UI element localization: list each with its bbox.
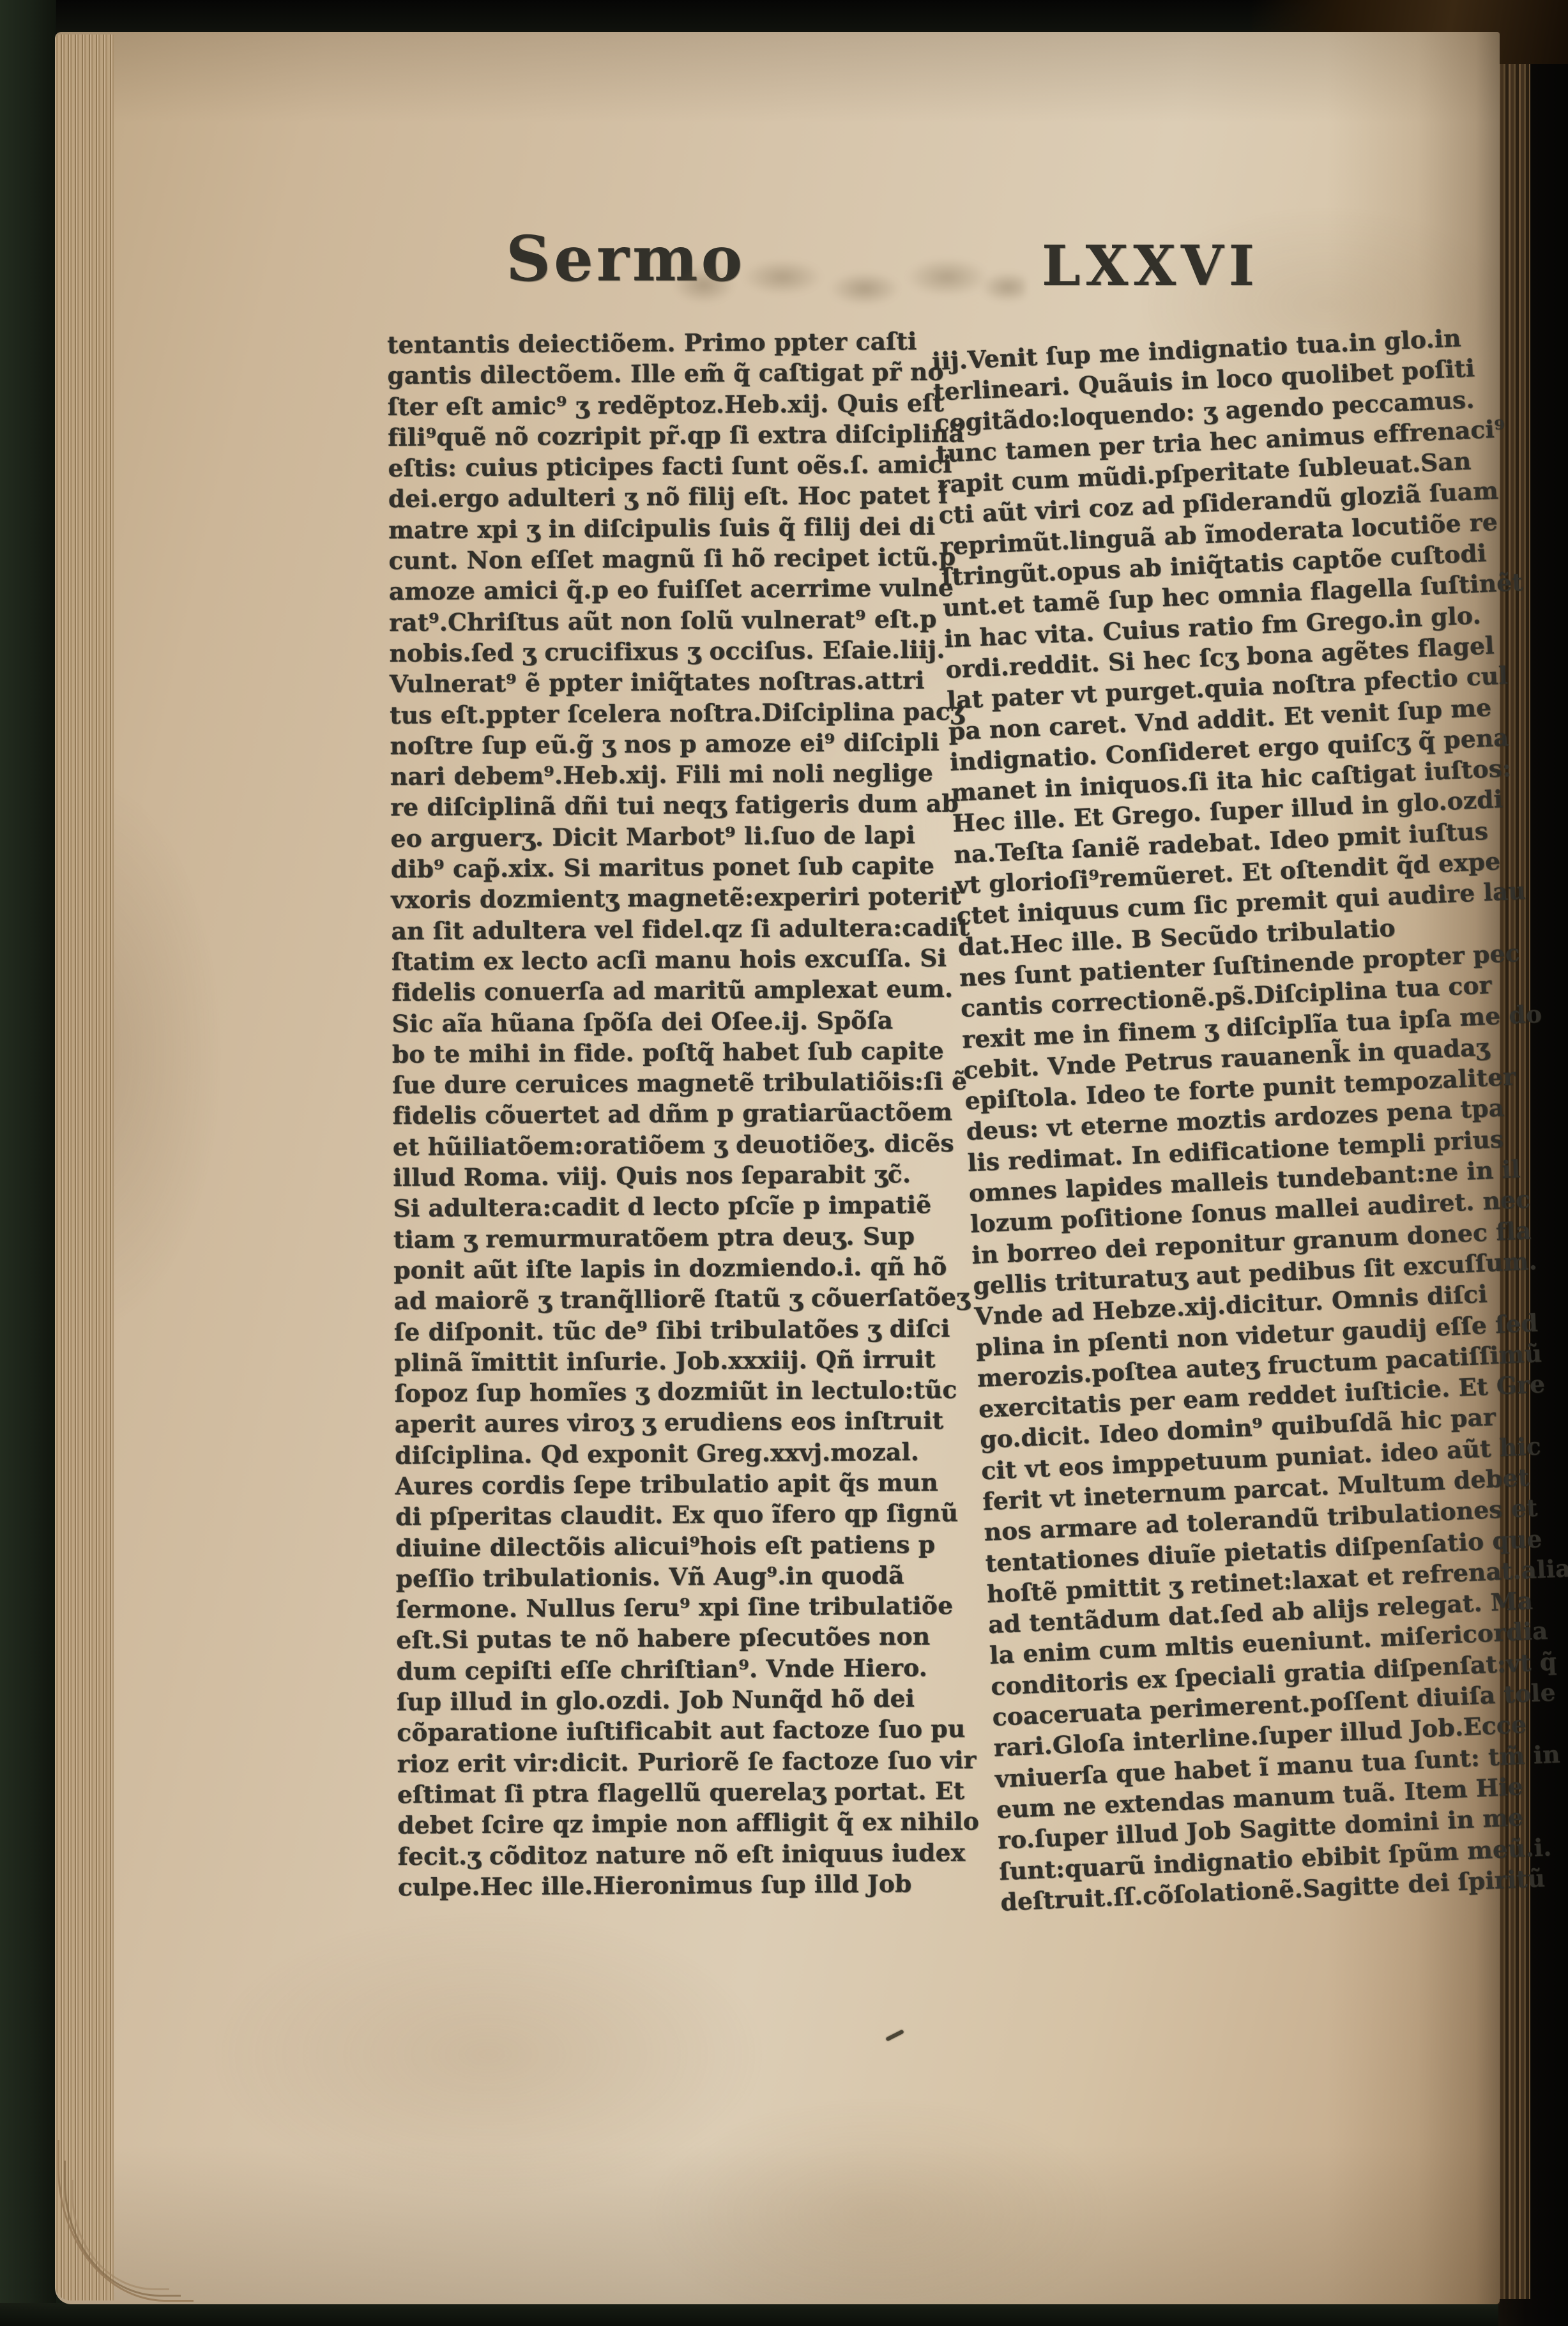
text-line: fidelis cõuertet ad dñm p gratiarũactõem: [392, 1097, 936, 1131]
text-line: ſermone. Nullus ſeru⁹ xpi ſine tribulati…: [396, 1590, 940, 1625]
text-line: di pſperitas claudit. Ex quo ĩfero qp ſi…: [395, 1498, 940, 1532]
text-line: ſe diſponit. tũc de⁹ ſibi tribulatões ʒ …: [394, 1313, 938, 1348]
text-line: eſt.Si putas te nõ habere pſecutões non: [396, 1621, 940, 1655]
text-line: Si adultera:cadit d lecto pſcĩe p impati…: [393, 1189, 937, 1224]
text-line: aperit aures viroʒ ʒ erudiens eos inſtru…: [395, 1405, 939, 1440]
text-line: tus eſt.ppter ſcelera noſtra.Diſciplina …: [390, 696, 934, 731]
text-line: diuine dilectõis alicui⁹hois eſt patiens…: [395, 1529, 940, 1563]
scanned-book-photo: Sermo LXXVI tentantis deiectiõem. Primo …: [0, 0, 1568, 2326]
text-line: diſciplina. Qd exponit Greg.xxvj.mozal.: [395, 1436, 939, 1471]
text-column-right: iij.Venit ſup me indignatio tua.in glo.i…: [931, 321, 1555, 1917]
text-line: Aures cordis ſepe tribulatio apit q̃s mu…: [395, 1467, 939, 1501]
text-line: ſtatim ex lecto acſi manu hois excuſſa. …: [392, 943, 936, 977]
text-line: plinã ĩmittit inſurie. Job.xxxiij. Qñ ir…: [394, 1344, 938, 1378]
text-line: cõparatione iuſtificabit aut factoze ſuo…: [397, 1714, 941, 1748]
text-line: fidelis conuerſa ad maritũ amplexat eum.: [392, 973, 936, 1008]
folio-number: LXXVI: [1042, 234, 1260, 298]
background-left-band: [0, 0, 56, 2326]
text-line: ſopoz ſup homĩes ʒ dozmiũt in lectulo:tũ…: [394, 1374, 938, 1409]
text-line: matre xpi ʒ in diſcipulis ſuis q̃ filij …: [388, 511, 932, 545]
text-line: nobis.ſed ʒ crucifixus ʒ occiſus. Eſaie.…: [389, 634, 933, 669]
text-line: re diſciplinã dñi tui neqʒ fatigeris dum…: [390, 788, 934, 823]
text-line: illud Roma. viij. Quis nos ſeparabit ʒc̃…: [393, 1159, 937, 1193]
ink-offset-smudge: [668, 243, 1026, 319]
text-line: tentantis deiectiõem. Primo ppter caſti: [387, 326, 931, 360]
book-page: Sermo LXXVI tentantis deiectiõem. Primo …: [55, 32, 1500, 2304]
text-line: rat⁹.Chriſtus aũt non ſolũ vulnerat⁹ eſt…: [389, 604, 933, 638]
text-column-left: tentantis deiectiõem. Primo ppter caſtig…: [387, 326, 942, 1903]
text-line: peſſio tribulationis. Vñ Aug⁹.in quodã: [395, 1560, 940, 1594]
text-line: ſue dure ceruices magnetẽ tribulatiõis:ſ…: [392, 1066, 936, 1100]
text-line: Vulnerat⁹ ẽ ppter iniq̃tates noſtras.att…: [390, 665, 934, 699]
text-line: ponit aũt iſte lapis in dozmiendo.i. qñ …: [393, 1251, 938, 1286]
text-line: rioz erit vir:dicit. Puriorẽ ſe factoze …: [397, 1745, 941, 1779]
text-line: fecit.ʒ cõditoz nature nõ eſt iniquus iu…: [398, 1837, 942, 1872]
text-line: eſtis: cuius pticipes facti ſunt oẽs.ſ. …: [388, 449, 932, 483]
text-line: ſter eſt amic⁹ ʒ redẽptoz.Heb.xij. Quis …: [388, 388, 932, 422]
page-stack-left-edge: [55, 34, 114, 2300]
text-line: cunt. Non eſſet magnũ ſi hõ recipet ictũ…: [388, 542, 932, 576]
text-line: fili⁹quẽ nõ cozripit pr̃.qp ſi extra diſ…: [388, 418, 932, 453]
text-line: an ſit adultera vel fidel.qz ſi adultera…: [391, 912, 935, 946]
text-line: vxoris dozmientʒ magnetẽ:experiri poteri…: [391, 881, 935, 915]
text-line: gantis dilectõem. Ille em̃ q̃ caſtigat p…: [387, 356, 931, 391]
text-line: eſtimat ſi ptra flagellũ querelaʒ portat…: [397, 1775, 941, 1810]
text-line: noſtre ſup eũ.g̃ ʒ nos p amoze ei⁹ diſci…: [390, 727, 934, 761]
text-line: ad maiorẽ ʒ tranq̃lliorẽ ſtatũ ʒ cõuerſa…: [393, 1282, 938, 1316]
text-line: Sic aĩa hũana ſpõſa dei Oſee.ij. Spõſa: [392, 1005, 936, 1039]
text-line: tiam ʒ remurmuratõem ptra deuʒ. Sup: [393, 1220, 938, 1255]
text-line: bo te mihi in fide. poſtq̃ habet ſub cap…: [392, 1035, 936, 1070]
text-line: et hũiliatõem:oratiõem ʒ deuotiõeʒ. dicẽ…: [393, 1128, 937, 1162]
text-line: dib⁹ cap̃.xix. Si maritus ponet ſub capi…: [391, 850, 935, 885]
text-line: dei.ergo adulteri ʒ nõ filij eſt. Hoc pa…: [388, 480, 932, 515]
background-bottom-band: [0, 2303, 1568, 2326]
text-line: amoze amici q̃.p eo fuiſſet acerrime vul…: [389, 572, 933, 607]
text-line: nari debem⁹.Heb.xij. Fili mi noli neglig…: [390, 757, 934, 792]
text-line: ſup illud in glo.ozdi. Job Nunq̃d hõ dei: [397, 1683, 941, 1717]
text-line: eo arguerʒ. Dicit Marbot⁹ li.ſuo de lapi: [390, 819, 934, 854]
text-line: dum cepiſti eſſe chriſtian⁹. Vnde Hiero.: [396, 1652, 940, 1687]
text-line: debet ſcire qz impie non affligit q̃ ex …: [397, 1806, 941, 1841]
text-line: culpe.Hec ille.Hieronimus ſup illd Job: [398, 1868, 942, 1903]
